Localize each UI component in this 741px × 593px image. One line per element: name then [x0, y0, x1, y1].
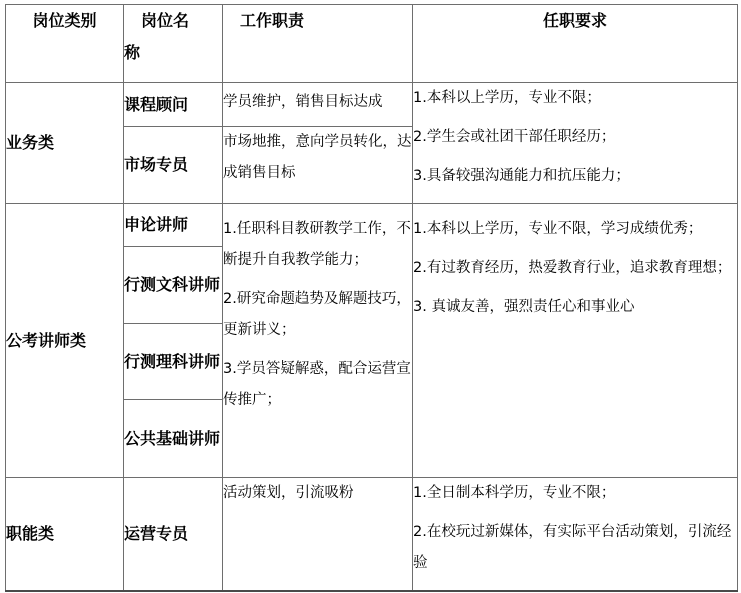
- position-name-cell: 公共基础讲师: [124, 400, 223, 478]
- requirement-item: 1.本科以上学历，专业不限；: [413, 83, 737, 114]
- position-name-cell: 市场专员: [124, 127, 223, 204]
- category-cell-functional: 职能类: [6, 478, 124, 591]
- requirement-item: 1.本科以上学历，专业不限，学习成绩优秀；: [413, 214, 737, 245]
- table-row: 职能类 运营专员 活动策划，引流吸粉 1.全日制本科学历，专业不限； 2.在校玩…: [6, 478, 738, 591]
- requirements-cell: 1.本科以上学历，专业不限，学习成绩优秀； 2.有过教育经历，热爱教育行业，追求…: [413, 204, 738, 478]
- requirement-item: 2.在校玩过新媒体，有实际平台活动策划，引流经验: [413, 517, 737, 579]
- position-name-cell: 行测文科讲师: [124, 247, 223, 324]
- position-name-cell: 行测理科讲师: [124, 324, 223, 400]
- position-name-cell: 课程顾问: [124, 83, 223, 127]
- header-position-category-label: 岗位类别: [32, 11, 96, 30]
- header-job-duties: 工作职责: [223, 5, 413, 83]
- duty-cell: 学员维护，销售目标达成: [223, 83, 413, 127]
- requirements-cell: 1.全日制本科学历，专业不限； 2.在校玩过新媒体，有实际平台活动策划，引流经验: [413, 478, 738, 591]
- requirements-cell: 1.本科以上学历，专业不限； 2.学生会或社团干部任职经历； 3.具备较强沟通能…: [413, 83, 738, 204]
- requirement-item: 2.有过教育经历，热爱教育行业，追求教育理想；: [413, 253, 737, 284]
- duty-cell: 1.任职科目教研教学工作，不断提升自我教学能力； 2.研究命题趋势及解题技巧，更…: [223, 204, 413, 478]
- requirement-item: 1.全日制本科学历，专业不限；: [413, 478, 737, 509]
- header-job-requirements: 任职要求: [413, 5, 738, 83]
- header-position-name: 岗位名称: [124, 5, 223, 83]
- header-job-duties-label: 工作职责: [240, 11, 304, 30]
- header-position-category: 岗位类别: [6, 5, 124, 83]
- category-cell-business: 业务类: [6, 83, 124, 204]
- page: 岗位类别 岗位名称 工作职责 任职要求 业务类 课程顾问 学员维护，销售目标达成…: [0, 0, 741, 593]
- position-name-cell: 运营专员: [124, 478, 223, 591]
- duty-line: 1.任职科目教研教学工作，不断提升自我教学能力；: [223, 214, 412, 276]
- duty-line: 活动策划，引流吸粉: [223, 478, 412, 509]
- requirement-item: 3. 真诚友善，强烈责任心和事业心: [413, 292, 737, 323]
- duty-line: 市场地推，意向学员转化，达成销售目标: [223, 127, 412, 189]
- duty-cell: 市场地推，意向学员转化，达成销售目标: [223, 127, 413, 204]
- duty-line: 学员维护，销售目标达成: [223, 87, 412, 118]
- table-row: 公考讲师类 申论讲师 1.任职科目教研教学工作，不断提升自我教学能力； 2.研究…: [6, 204, 738, 247]
- header-job-requirements-label: 任职要求: [543, 11, 607, 30]
- requirement-item: 2.学生会或社团干部任职经历；: [413, 122, 737, 153]
- table-row: 业务类 课程顾问 学员维护，销售目标达成 1.本科以上学历，专业不限； 2.学生…: [6, 83, 738, 127]
- position-name-cell: 申论讲师: [124, 204, 223, 247]
- duty-line: 3.学员答疑解惑，配合运营宣传推广；: [223, 354, 412, 416]
- requirement-item: 3.具备较强沟通能力和抗压能力；: [413, 161, 737, 192]
- duty-cell: 活动策划，引流吸粉: [223, 478, 413, 591]
- table-header-row: 岗位类别 岗位名称 工作职责 任职要求: [6, 5, 738, 83]
- duty-line: 2.研究命题趋势及解题技巧，更新讲义；: [223, 284, 412, 346]
- job-positions-table: 岗位类别 岗位名称 工作职责 任职要求 业务类 课程顾问 学员维护，销售目标达成…: [5, 4, 738, 592]
- category-cell-lecturer: 公考讲师类: [6, 204, 124, 478]
- header-position-name-label: 岗位名称: [124, 5, 196, 69]
